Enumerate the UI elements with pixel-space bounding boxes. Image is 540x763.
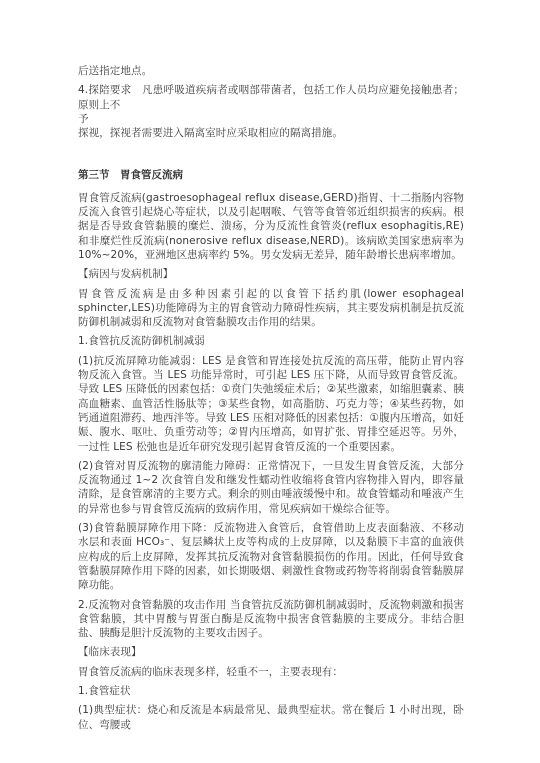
document-page: 后送指定地点。 4.探陪要求 凡患呼吸道疾病者或咽部带菌者，包括工作人员均应避免… [0,0,540,763]
etiology-heading: 【病因与发病机制】 [78,267,464,281]
section-title: 第三节 胃食管反流病 [78,168,464,182]
etiology-paragraph-2: (2)食管对胃反流物的廓清能力障碍：正常情况下，一旦发生胃食管反流，大部分反流物… [78,459,464,516]
clinical-intro-paragraph: 胃食管反流病的临床表现多样，轻重不一，主要表现有： [78,665,464,679]
visit-requirements-line-3: 探视，探视者需要进入隔离室时应采取相应的隔离措施。 [78,126,464,140]
paragraph-send-location: 后送指定地点。 [78,64,464,78]
visit-requirements-line-2: 予 [78,112,464,126]
etiology-intro-paragraph: 胃食管反流病是由多种因素引起的以食管下括约肌(lower esophageal … [78,287,464,330]
visit-requirements-line-1: 4.探陪要求 凡患呼吸道疾病者或咽部带菌者，包括工作人员均应避免接触患者；原则上… [78,83,464,112]
clinical-heading: 【临床表现】 [78,645,464,659]
clinical-paragraph-1: (1)典型症状：烧心和反流是本病最常见、最典型症状。常在餐后 1 小时出现，卧位… [78,703,464,732]
section-intro-paragraph: 胃食管反流病(gastroesophageal reflux disease,G… [78,191,464,262]
clinical-subheading-1: 1.食管症状 [78,684,464,698]
paragraph-visit-requirements: 4.探陪要求 凡患呼吸道疾病者或咽部带菌者，包括工作人员均应避免接触患者；原则上… [78,83,464,140]
etiology-paragraph-3: (3)食管黏膜屏障作用下降：反流物进入食管后，食管借助上皮表面黏液、不移动水层和… [78,521,464,592]
etiology-paragraph-1: (1)抗反流屏障功能减弱：LES 是食管和胃连接处抗反流的高压带，能防止胃内容物… [78,354,464,454]
etiology-paragraph-4: 2.反流物对食管黏膜的攻击作用 当食管抗反流防御机制减弱时，反流物刺激和损害食管… [78,598,464,641]
etiology-subheading-1: 1.食管抗反流防御机制减弱 [78,334,464,348]
